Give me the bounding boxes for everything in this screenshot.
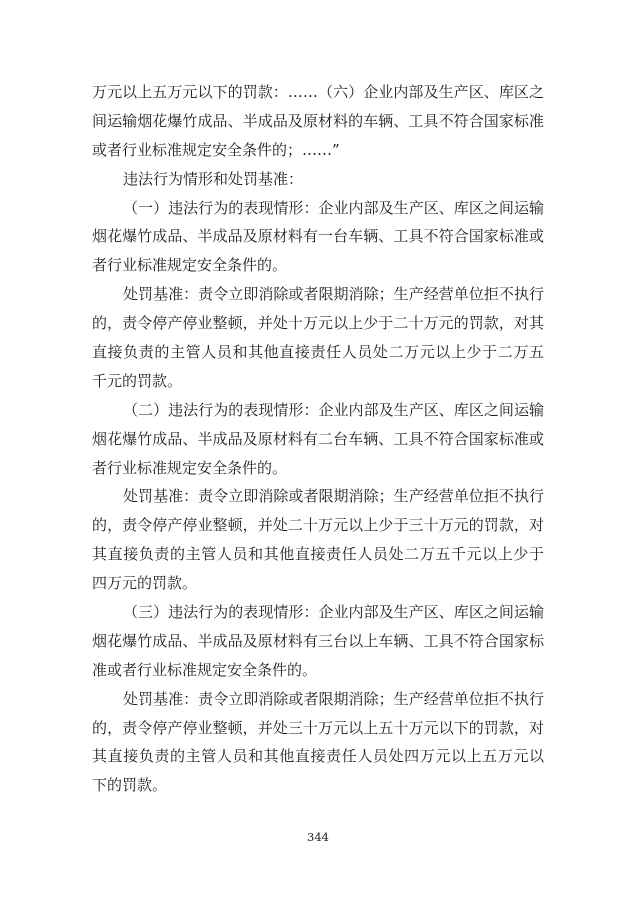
text-line: 其直接负责的主管人员和其他直接责任人员处四万元以上五万元以	[92, 742, 544, 771]
text-line: 烟花爆竹成品、半成品及原材料有三台以上车辆、工具不符合国家标	[92, 627, 544, 656]
text-line: （一）违法行为的表现情形：企业内部及生产区、库区之间运输	[92, 194, 544, 223]
text-line: 或者行业标准规定安全条件的；……”	[92, 136, 544, 165]
text-line: 处罚基准：责令立即消除或者限期消除；生产经营单位拒不执行	[92, 685, 544, 714]
document-page: 万元以上五万元以下的罚款：……（六）企业内部及生产区、库区之间运输烟花爆竹成品、…	[0, 0, 636, 900]
text-line: 下的罚款。	[92, 771, 544, 800]
text-line: 四万元的罚款。	[92, 569, 544, 598]
text-line: 准或者行业标准规定安全条件的。	[92, 656, 544, 685]
text-line: 间运输烟花爆竹成品、半成品及原材料的车辆、工具不符合国家标准	[92, 107, 544, 136]
text-line: 的，责令停产停业整顿，并处二十万元以上少于三十万元的罚款，对	[92, 511, 544, 540]
text-line: 其直接负责的主管人员和其他直接责任人员处二万五千元以上少于	[92, 540, 544, 569]
text-line: （二）违法行为的表现情形：企业内部及生产区、库区之间运输	[92, 396, 544, 425]
text-line: 千元的罚款。	[92, 367, 544, 396]
text-line: 者行业标准规定安全条件的。	[92, 454, 544, 483]
text-block: 万元以上五万元以下的罚款：……（六）企业内部及生产区、库区之间运输烟花爆竹成品、…	[92, 78, 544, 800]
text-line: 处罚基准：责令立即消除或者限期消除；生产经营单位拒不执行	[92, 482, 544, 511]
text-line: 直接负责的主管人员和其他直接责任人员处二万元以上少于二万五	[92, 338, 544, 367]
text-line: 处罚基准：责令立即消除或者限期消除；生产经营单位拒不执行	[92, 280, 544, 309]
text-line: 者行业标准规定安全条件的。	[92, 251, 544, 280]
text-line: （三）违法行为的表现情形：企业内部及生产区、库区之间运输	[92, 598, 544, 627]
text-line: 违法行为情形和处罚基准：	[92, 165, 544, 194]
text-line: 万元以上五万元以下的罚款：……（六）企业内部及生产区、库区之	[92, 78, 544, 107]
page-number: 344	[0, 830, 636, 844]
text-line: 烟花爆竹成品、半成品及原材料有一台车辆、工具不符合国家标准或	[92, 222, 544, 251]
text-line: 的，责令停产停业整顿，并处十万元以上少于二十万元的罚款，对其	[92, 309, 544, 338]
text-line: 烟花爆竹成品、半成品及原材料有二台车辆、工具不符合国家标准或	[92, 425, 544, 454]
text-line: 的，责令停产停业整顿，并处三十万元以上五十万元以下的罚款，对	[92, 714, 544, 743]
